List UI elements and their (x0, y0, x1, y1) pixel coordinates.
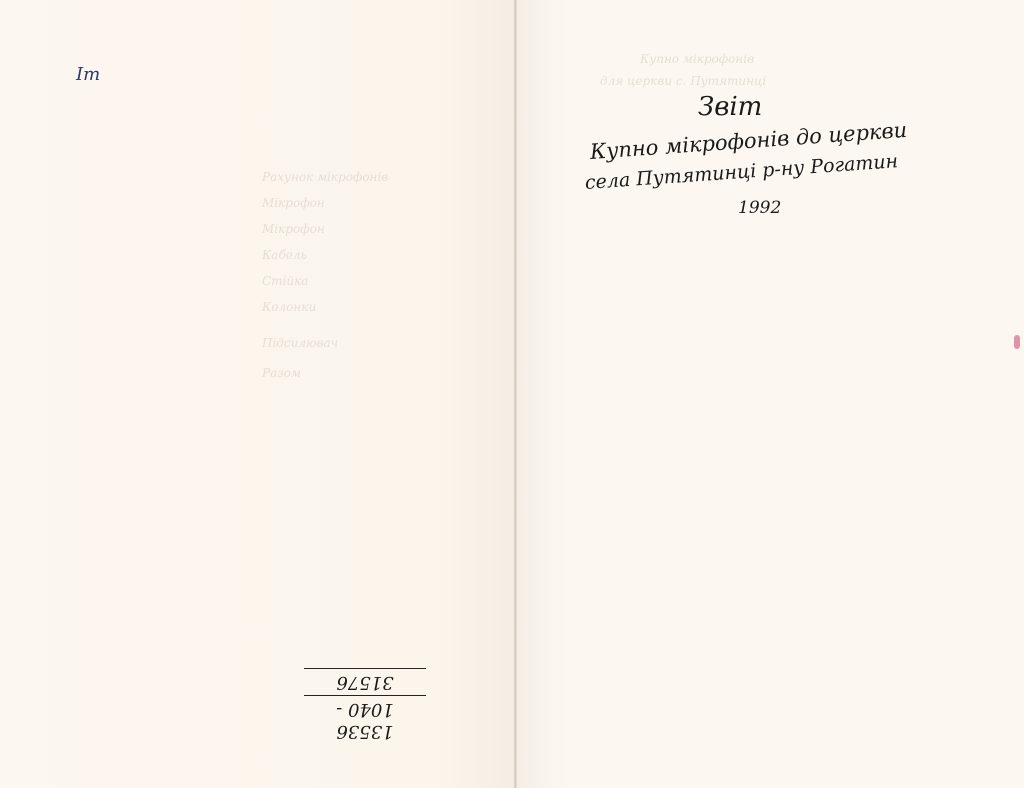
ink-stain (1014, 335, 1020, 349)
bleed-text: Купно мікрофонів (640, 52, 754, 66)
bleed-text: Разом (262, 366, 301, 380)
bleed-text: Стійка (262, 274, 308, 288)
bleed-text: Кабель (262, 248, 307, 262)
bleed-text: для церкви с. Путятинці (600, 74, 766, 88)
left-page (0, 0, 515, 788)
document-year: 1992 (738, 198, 781, 218)
corner-mark: Im (76, 64, 100, 85)
upside-down-calculation: 13536 1040 - 31576 (300, 636, 430, 742)
calc-total: 31576 (300, 671, 430, 693)
bleed-text: Підсилювач (262, 336, 338, 350)
calc-rule (304, 668, 426, 669)
calc-value: 1040 - (300, 698, 430, 720)
bleed-text: Рахунок мікрофонів (262, 170, 388, 184)
calc-rule (304, 695, 426, 696)
bleed-text: Мікрофон (262, 222, 325, 236)
right-page (517, 0, 1024, 788)
calc-value: 13536 (300, 720, 430, 742)
bleed-text: Мікрофон (262, 196, 325, 210)
document-title: Звіт (698, 92, 762, 122)
bleed-text: Колонки (262, 300, 316, 314)
